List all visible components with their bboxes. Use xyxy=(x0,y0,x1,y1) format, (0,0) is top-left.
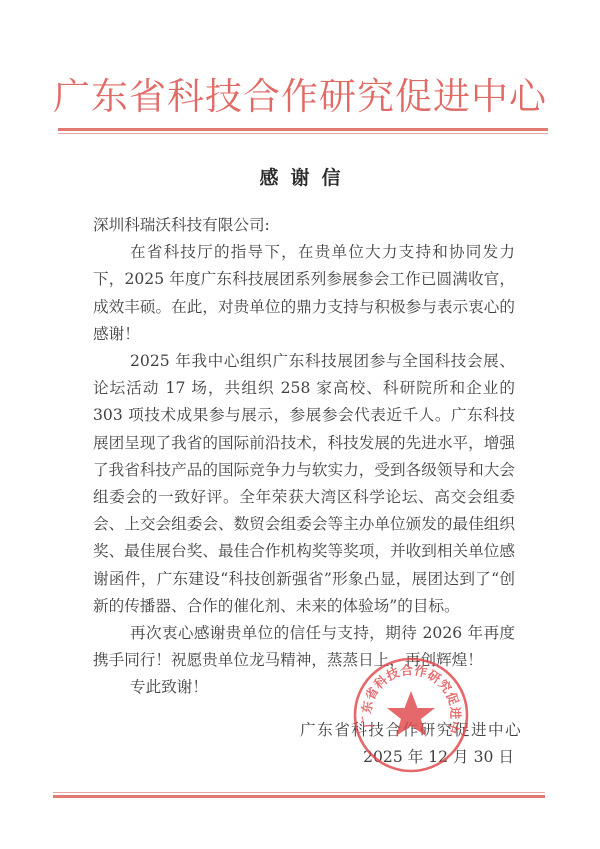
letter-body: 深圳科瑞沃科技有限公司: 在省科技厅的指导下，在贵单位大力支持和协同发力下，20… xyxy=(93,212,515,702)
signature-date: 2025 年 12 月 30 日 xyxy=(300,744,520,771)
signature-block: 广东省科技合作研究促进中心 2025 年 12 月 30 日 xyxy=(300,717,520,771)
paragraph-achievements: 2025 年我中心组织广东科技展团参与全国科技会展、论坛活动 17 场，共组织 … xyxy=(93,348,515,620)
letterhead-divider xyxy=(58,128,548,134)
paragraph-regards: 专此致谢！ xyxy=(93,674,515,701)
salutation: 深圳科瑞沃科技有限公司: xyxy=(93,212,515,239)
letter-title: 感谢信 xyxy=(0,163,600,190)
signature-organization: 广东省科技合作研究促进中心 xyxy=(300,717,520,744)
paragraph-closing: 再次衷心感谢贵单位的信任与支持，期待 2026 年再度携手同行！祝愿贵单位龙马精… xyxy=(93,620,515,674)
letterhead-title: 广东省科技合作研究促进中心 xyxy=(0,72,600,122)
footer-divider xyxy=(53,792,545,798)
paragraph-intro: 在省科技厅的指导下，在贵单位大力支持和协同发力下，2025 年度广东科技展团系列… xyxy=(93,239,515,348)
